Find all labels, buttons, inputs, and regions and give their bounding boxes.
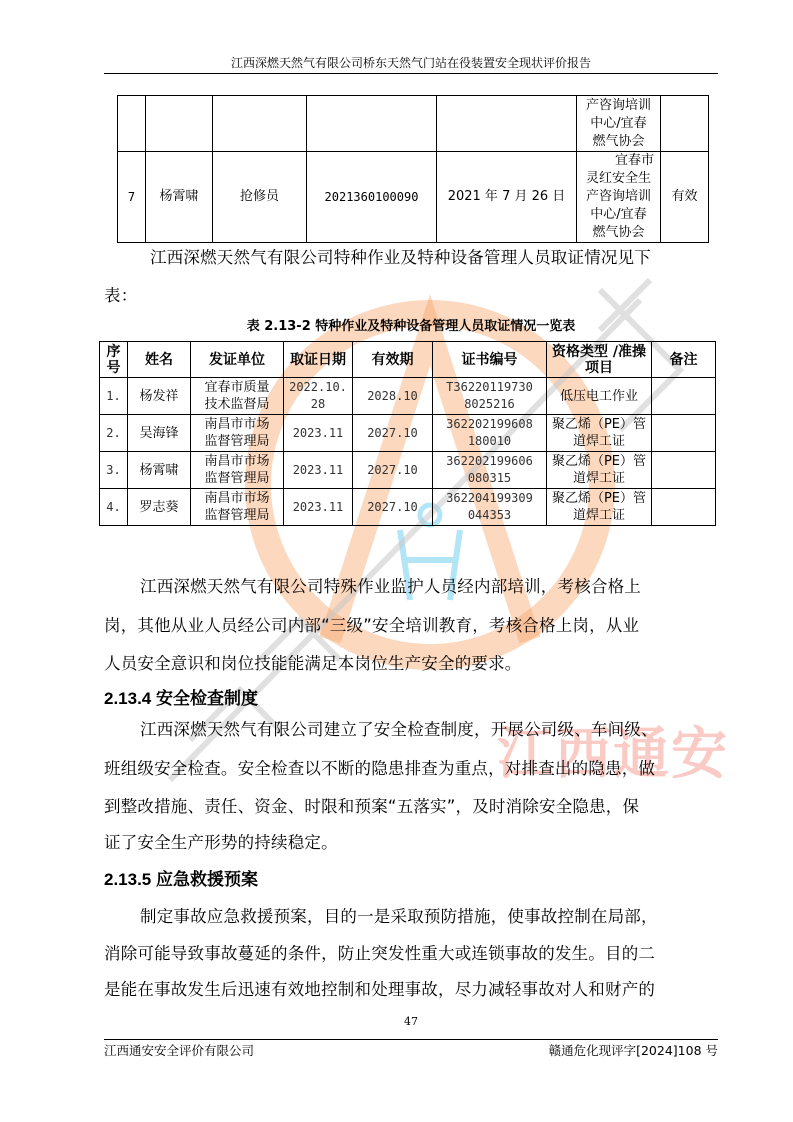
table-row: 7 杨霄啸 抢修员 2021360100090 2021 年 7 月 26 日 …	[118, 152, 709, 243]
cell-issuer: 宜春市 灵红安全生 产咨询培训 中心/宜春 燃气协会	[577, 152, 661, 243]
cell-no: 2.	[100, 415, 128, 452]
cell-cert-no: T362201197308025216	[433, 378, 547, 415]
header-issuer: 发证单位	[191, 342, 284, 378]
cell-position	[213, 96, 307, 152]
issuer-line: 产咨询培训	[577, 188, 660, 206]
issuer-line: 中心/宜春	[577, 206, 660, 224]
footer-rule	[104, 1039, 718, 1040]
header-name: 姓名	[128, 342, 191, 378]
intro-line-1: 江西深燃天然气有限公司特种作业及特种设备管理人员取证情况见下	[150, 244, 651, 268]
cell-type: 聚乙烯（PE）管道焊工证	[547, 489, 652, 526]
cell-issuer: 南昌市市场监督管理局	[191, 489, 284, 526]
header-type: 资格类型 /准操项目	[547, 342, 652, 378]
footer-company: 江西通安安全评价有限公司	[104, 1041, 254, 1059]
header-issue-date: 取证日期	[284, 342, 353, 378]
cell-cert-no: 2021360100090	[307, 152, 437, 243]
cell-cert-no: 362202199608180010	[433, 415, 547, 452]
section-heading-2-13-5: 2.13.5 应急救援预案	[104, 865, 258, 890]
intro-line-2: 表：	[104, 282, 718, 306]
footer-doc-number: 赣通危化现评字[2024]108 号	[549, 1041, 718, 1059]
cell-no: 7	[118, 152, 146, 243]
header-rule	[104, 73, 718, 74]
cell-issue-date: 2023.11	[284, 489, 353, 526]
issuer-line: 宜春市	[577, 152, 660, 170]
cell-valid: 2027.10	[353, 489, 433, 526]
table-header-row: 序号 姓名 发证单位 取证日期 有效期 证书编号 资格类型 /准操项目 备注	[100, 342, 716, 378]
cell-type: 聚乙烯（PE）管道焊工证	[547, 415, 652, 452]
cell-issuer: 产咨询培训 中心/宜春 燃气协会	[577, 96, 661, 152]
section-heading-2-13-4: 2.13.4 安全检查制度	[104, 684, 258, 709]
issuer-line: 中心/宜春	[577, 115, 660, 133]
cell-status: 有效	[661, 152, 709, 243]
header-cert-no: 证书编号	[433, 342, 547, 378]
cell-valid: 2027.10	[353, 415, 433, 452]
page-number: 47	[104, 1015, 718, 1028]
cell-name: 杨霄啸	[128, 452, 191, 489]
paragraph-line: 到整改措施、责任、资金、时限和预案“五落实”，及时消除安全隐患，保	[104, 793, 718, 817]
paragraph-line: 人员安全意识和岗位技能能满足本岗位生产安全的要求。	[104, 650, 718, 674]
cell-type: 聚乙烯（PE）管道焊工证	[547, 452, 652, 489]
header-remark: 备注	[652, 342, 716, 378]
cell-status	[661, 96, 709, 152]
cell-remark	[652, 489, 716, 526]
table-caption: 表 2.13-2 特种作业及特种设备管理人员取证情况一览表	[104, 315, 718, 334]
cell-valid: 2028.10	[353, 378, 433, 415]
cell-date: 2021 年 7 月 26 日	[437, 152, 577, 243]
table-row: 4. 罗志葵 南昌市市场监督管理局 2023.11 2027.10 362204…	[100, 489, 716, 526]
cell-remark	[652, 452, 716, 489]
table-row: 1. 杨发祥 宜春市质量技术监督局 2022.10.28 2028.10 T36…	[100, 378, 716, 415]
table-row: 3. 杨霄啸 南昌市市场监督管理局 2023.11 2027.10 362202…	[100, 452, 716, 489]
cell-name	[146, 96, 213, 152]
cell-no: 1.	[100, 378, 128, 415]
cell-issue-date: 2022.10.28	[284, 378, 353, 415]
paragraph-line: 消除可能导致事故蔓延的条件，防止突发性重大或连锁事故的发生。目的二	[104, 940, 718, 964]
cell-issuer: 南昌市市场监督管理局	[191, 452, 284, 489]
paragraph-line: 是能在事故发生后迅速有效地控制和处理事故，尽力减轻事故对人和财产的	[104, 976, 718, 1000]
cell-cert-no	[307, 96, 437, 152]
paragraph-line: 江西深燃天然气有限公司特殊作业监护人员经内部培训，考核合格上	[140, 573, 641, 597]
cell-name: 杨发祥	[128, 378, 191, 415]
cell-valid: 2027.10	[353, 452, 433, 489]
cell-date	[437, 96, 577, 152]
paragraph-line: 证了安全生产形势的持续稳定。	[104, 829, 718, 853]
header-valid: 有效期	[353, 342, 433, 378]
cell-issue-date: 2023.11	[284, 415, 353, 452]
table-row: 2. 吴海锋 南昌市市场监督管理局 2023.11 2027.10 362202…	[100, 415, 716, 452]
cell-no	[118, 96, 146, 152]
paragraph-line: 岗，其他从业人员经公司内部“三级”安全培训教育，考核合格上岗，从业	[104, 612, 718, 636]
cell-name: 罗志葵	[128, 489, 191, 526]
issuer-line: 产咨询培训	[577, 97, 660, 115]
page-header-title: 江西深燃天然气有限公司桥东天然气门站在役装置安全现状评价报告	[104, 55, 718, 71]
cell-issuer: 宜春市质量技术监督局	[191, 378, 284, 415]
header-no: 序号	[100, 342, 128, 378]
issuer-line: 燃气协会	[577, 133, 660, 151]
cell-remark	[652, 415, 716, 452]
personnel-table-continued: 产咨询培训 中心/宜春 燃气协会 7 杨霄啸 抢修员 2021360100090…	[117, 95, 709, 243]
cell-no: 4.	[100, 489, 128, 526]
cell-cert-no: 362202199606080315	[433, 452, 547, 489]
cell-remark	[652, 378, 716, 415]
paragraph-line: 制定事故应急救援预案，目的一是采取预防措施，使事故控制在局部，	[140, 903, 658, 927]
cell-no: 3.	[100, 452, 128, 489]
cell-cert-no: 362204199309044353	[433, 489, 547, 526]
cell-issuer: 南昌市市场监督管理局	[191, 415, 284, 452]
cell-name: 吴海锋	[128, 415, 191, 452]
cell-issue-date: 2023.11	[284, 452, 353, 489]
paragraph-line: 江西深燃天然气有限公司建立了安全检查制度，开展公司级、车间级、	[140, 716, 658, 740]
issuer-line: 灵红安全生	[577, 170, 660, 188]
special-operations-cert-table: 序号 姓名 发证单位 取证日期 有效期 证书编号 资格类型 /准操项目 备注 1…	[99, 341, 716, 526]
table-row: 产咨询培训 中心/宜春 燃气协会	[118, 96, 709, 152]
paragraph-line: 班组级安全检查。安全检查以不断的隐患排查为重点，对排查出的隐患，做	[104, 755, 718, 779]
cell-name: 杨霄啸	[146, 152, 213, 243]
issuer-line: 燃气协会	[577, 224, 660, 242]
cell-type: 低压电工作业	[547, 378, 652, 415]
cell-position: 抢修员	[213, 152, 307, 243]
